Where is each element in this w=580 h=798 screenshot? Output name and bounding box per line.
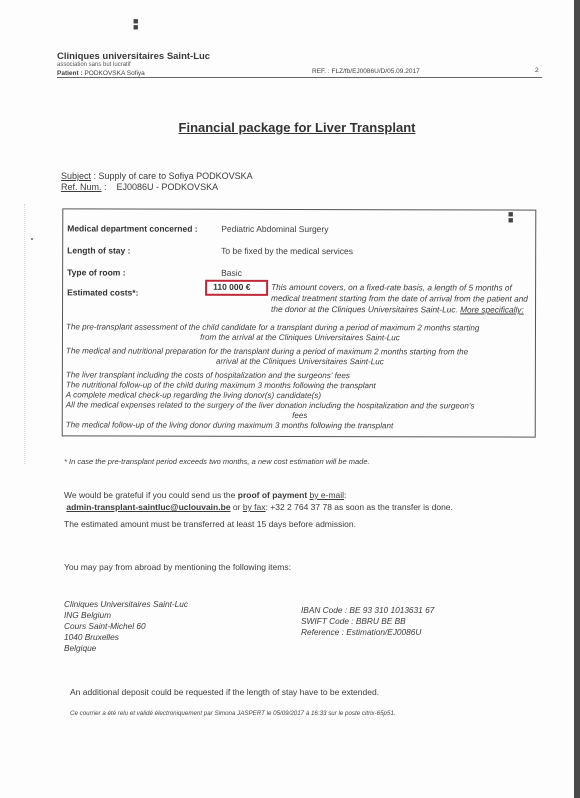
- detail-value: Basic: [221, 268, 242, 278]
- proof-of-payment: proof of payment: [238, 490, 307, 500]
- covered-item: The medical and nutritional preparation …: [66, 346, 534, 367]
- subject-line: Subject : Supply of care to Sofiya PODKO…: [61, 171, 253, 182]
- or-text: or: [233, 502, 241, 512]
- address-line: ING Belgium: [64, 610, 188, 621]
- payment-reference: Reference : Estimation/EJ0086U: [301, 627, 434, 638]
- subject-value: : Supply of care to Sofiya PODKOVSKA: [94, 171, 253, 181]
- deposit-notice: An additional deposit could be requested…: [70, 687, 379, 697]
- header-divider: [57, 77, 542, 78]
- covered-item: The pre-transplant assessment of the chi…: [66, 322, 534, 343]
- address-line: Cours Saint-Michel 60: [64, 621, 188, 632]
- reference-value: FLZ/fb/EJ0086U/D/05.09.2017: [332, 68, 420, 75]
- abroad-intro: You may pay from abroad by mentioning th…: [64, 562, 291, 572]
- detail-value: Pediatric Abdominal Surgery: [221, 224, 328, 234]
- covered-item: All the medical expenses related to the …: [66, 400, 534, 421]
- scan-artifact: [31, 238, 33, 240]
- detail-label: Medical department concerned :: [67, 223, 197, 233]
- page-number: 2: [535, 67, 539, 74]
- footnote: * In case the pre-transplant period exce…: [64, 457, 370, 466]
- estimated-costs-description: This amount covers, on a fixed-rate basi…: [271, 282, 533, 316]
- ref-num-label: Ref. Num.: [61, 182, 102, 192]
- proof-intro: We would be grateful if you could send u…: [64, 490, 235, 500]
- document-page: ■■ ■■ Cliniques universitaires Saint-Luc…: [0, 0, 580, 798]
- estimated-costs-value: 110 000 €: [213, 282, 250, 292]
- patient-line: Patient : PODKOVSKA Sofiya: [57, 70, 145, 77]
- by-fax-label: by fax: [243, 502, 266, 512]
- payment-proof-paragraph: We would be grateful if you could send u…: [64, 489, 453, 513]
- ref-num-value: : EJ0086U - PODKOVSKA: [104, 182, 218, 192]
- subject-label: Subject: [61, 171, 91, 181]
- reference-line: REF. : FLZ/fb/EJ0086U/D/05.09.2017: [312, 68, 420, 75]
- patient-name: PODKOVSKA Sofiya: [84, 70, 144, 77]
- validation-notice: Ce courrier a été relu et validé électro…: [70, 710, 396, 717]
- swift-code: SWIFT Code : BBRU BE BB: [301, 616, 434, 627]
- organization-name: Cliniques universitaires Saint-Luc: [57, 51, 210, 62]
- covered-item: The medical follow-up of the living dono…: [66, 420, 534, 431]
- scan-artifact: ■■: [133, 18, 138, 30]
- covered-items-list: The pre-transplant assessment of the chi…: [66, 322, 534, 431]
- address-line: 1040 Bruxelles: [64, 632, 188, 643]
- address-line: Belgique: [64, 643, 188, 654]
- subject-block: Subject : Supply of care to Sofiya PODKO…: [61, 171, 253, 193]
- transfer-notice: The estimated amount must be transferred…: [64, 519, 356, 529]
- scan-artifact: [24, 204, 25, 464]
- document-title: Financial package for Liver Transplant: [0, 120, 580, 135]
- email-link[interactable]: admin-transplant-saintluc@uclouvain.be: [66, 502, 230, 512]
- document-title-text: Financial package for Liver Transplant: [179, 120, 416, 135]
- bank-codes: IBAN Code : BE 93 310 1013631 67 SWIFT C…: [301, 605, 434, 638]
- by-email-label: by e-mail: [310, 490, 344, 500]
- detail-label: Type of room :: [67, 267, 125, 277]
- address-line: Cliniques Universitaires Saint-Luc: [64, 599, 188, 610]
- estimated-costs-label: Estimated costs*:: [67, 287, 138, 297]
- reference-label: REF. :: [312, 68, 330, 75]
- organization-subtitle: association sans but lucratif: [57, 62, 131, 68]
- detail-label: Length of stay :: [67, 245, 130, 255]
- ref-num-line: Ref. Num. : EJ0086U - PODKOVSKA: [61, 182, 253, 193]
- iban-code: IBAN Code : BE 93 310 1013631 67: [301, 605, 434, 616]
- bank-address: Cliniques Universitaires Saint-Luc ING B…: [64, 599, 188, 654]
- details-box: Medical department concerned : Pediatric…: [62, 208, 537, 437]
- detail-value: To be fixed by the medical services: [221, 246, 353, 256]
- more-specifically: More specifically:: [460, 304, 524, 314]
- fax-number: : +32 2 764 37 78 as soon as the transfe…: [266, 502, 453, 512]
- patient-label: Patient :: [57, 70, 83, 77]
